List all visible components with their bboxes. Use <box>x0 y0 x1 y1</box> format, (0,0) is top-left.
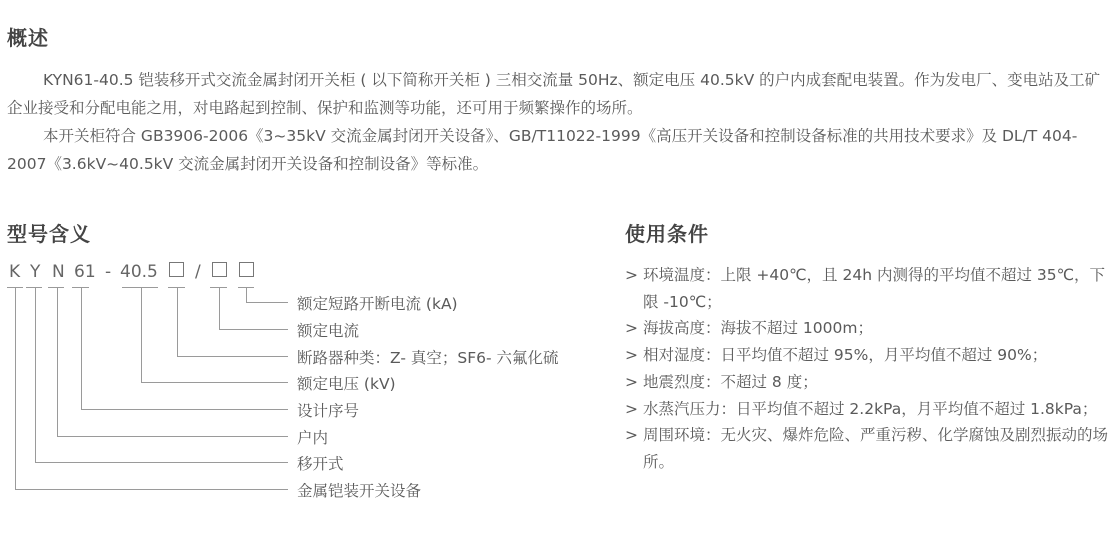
label-breaking-current: 额定短路开断电流 (kA) <box>297 292 458 314</box>
conditions-list: >环境温度：上限 +40℃，且 24h 内测得的平均值不超过 35℃，下限 -1… <box>625 262 1110 476</box>
chevron-right-icon: > <box>625 422 638 449</box>
label-design-number: 设计序号 <box>297 399 359 421</box>
condition-item: >地震烈度：不超过 8 度； <box>625 369 1110 396</box>
condition-item: >水蒸汽压力：日平均值不超过 2.2kPa，月平均值不超过 1.8kPa； <box>625 396 1110 423</box>
condition-item: >相对湿度：日平均值不超过 95%，月平均值不超过 90%； <box>625 342 1110 369</box>
label-rated-voltage: 额定电压 (kV) <box>297 372 396 394</box>
label-rated-current: 额定电流 <box>297 319 359 341</box>
chevron-right-icon: > <box>625 315 638 342</box>
chevron-right-icon: > <box>625 342 638 369</box>
conditions-title: 使用条件 <box>625 218 709 247</box>
chevron-right-icon: > <box>625 396 638 423</box>
condition-item: >海拔高度：海拔不超过 1000m； <box>625 315 1110 342</box>
leader-lines <box>0 0 300 543</box>
condition-item: >环境温度：上限 +40℃，且 24h 内测得的平均值不超过 35℃，下限 -1… <box>625 262 1110 315</box>
label-metal-clad: 金属铠装开关设备 <box>297 479 421 501</box>
label-breaker-type: 断路器种类：Z- 真空；SF6- 六氟化硫 <box>297 346 559 368</box>
label-indoor: 户内 <box>297 426 328 448</box>
condition-item: >周围环境：无火灾、爆炸危险、严重污秽、化学腐蚀及剧烈振动的场所。 <box>625 422 1110 475</box>
chevron-right-icon: > <box>625 369 638 396</box>
label-withdrawable: 移开式 <box>297 452 344 474</box>
chevron-right-icon: > <box>625 262 638 289</box>
